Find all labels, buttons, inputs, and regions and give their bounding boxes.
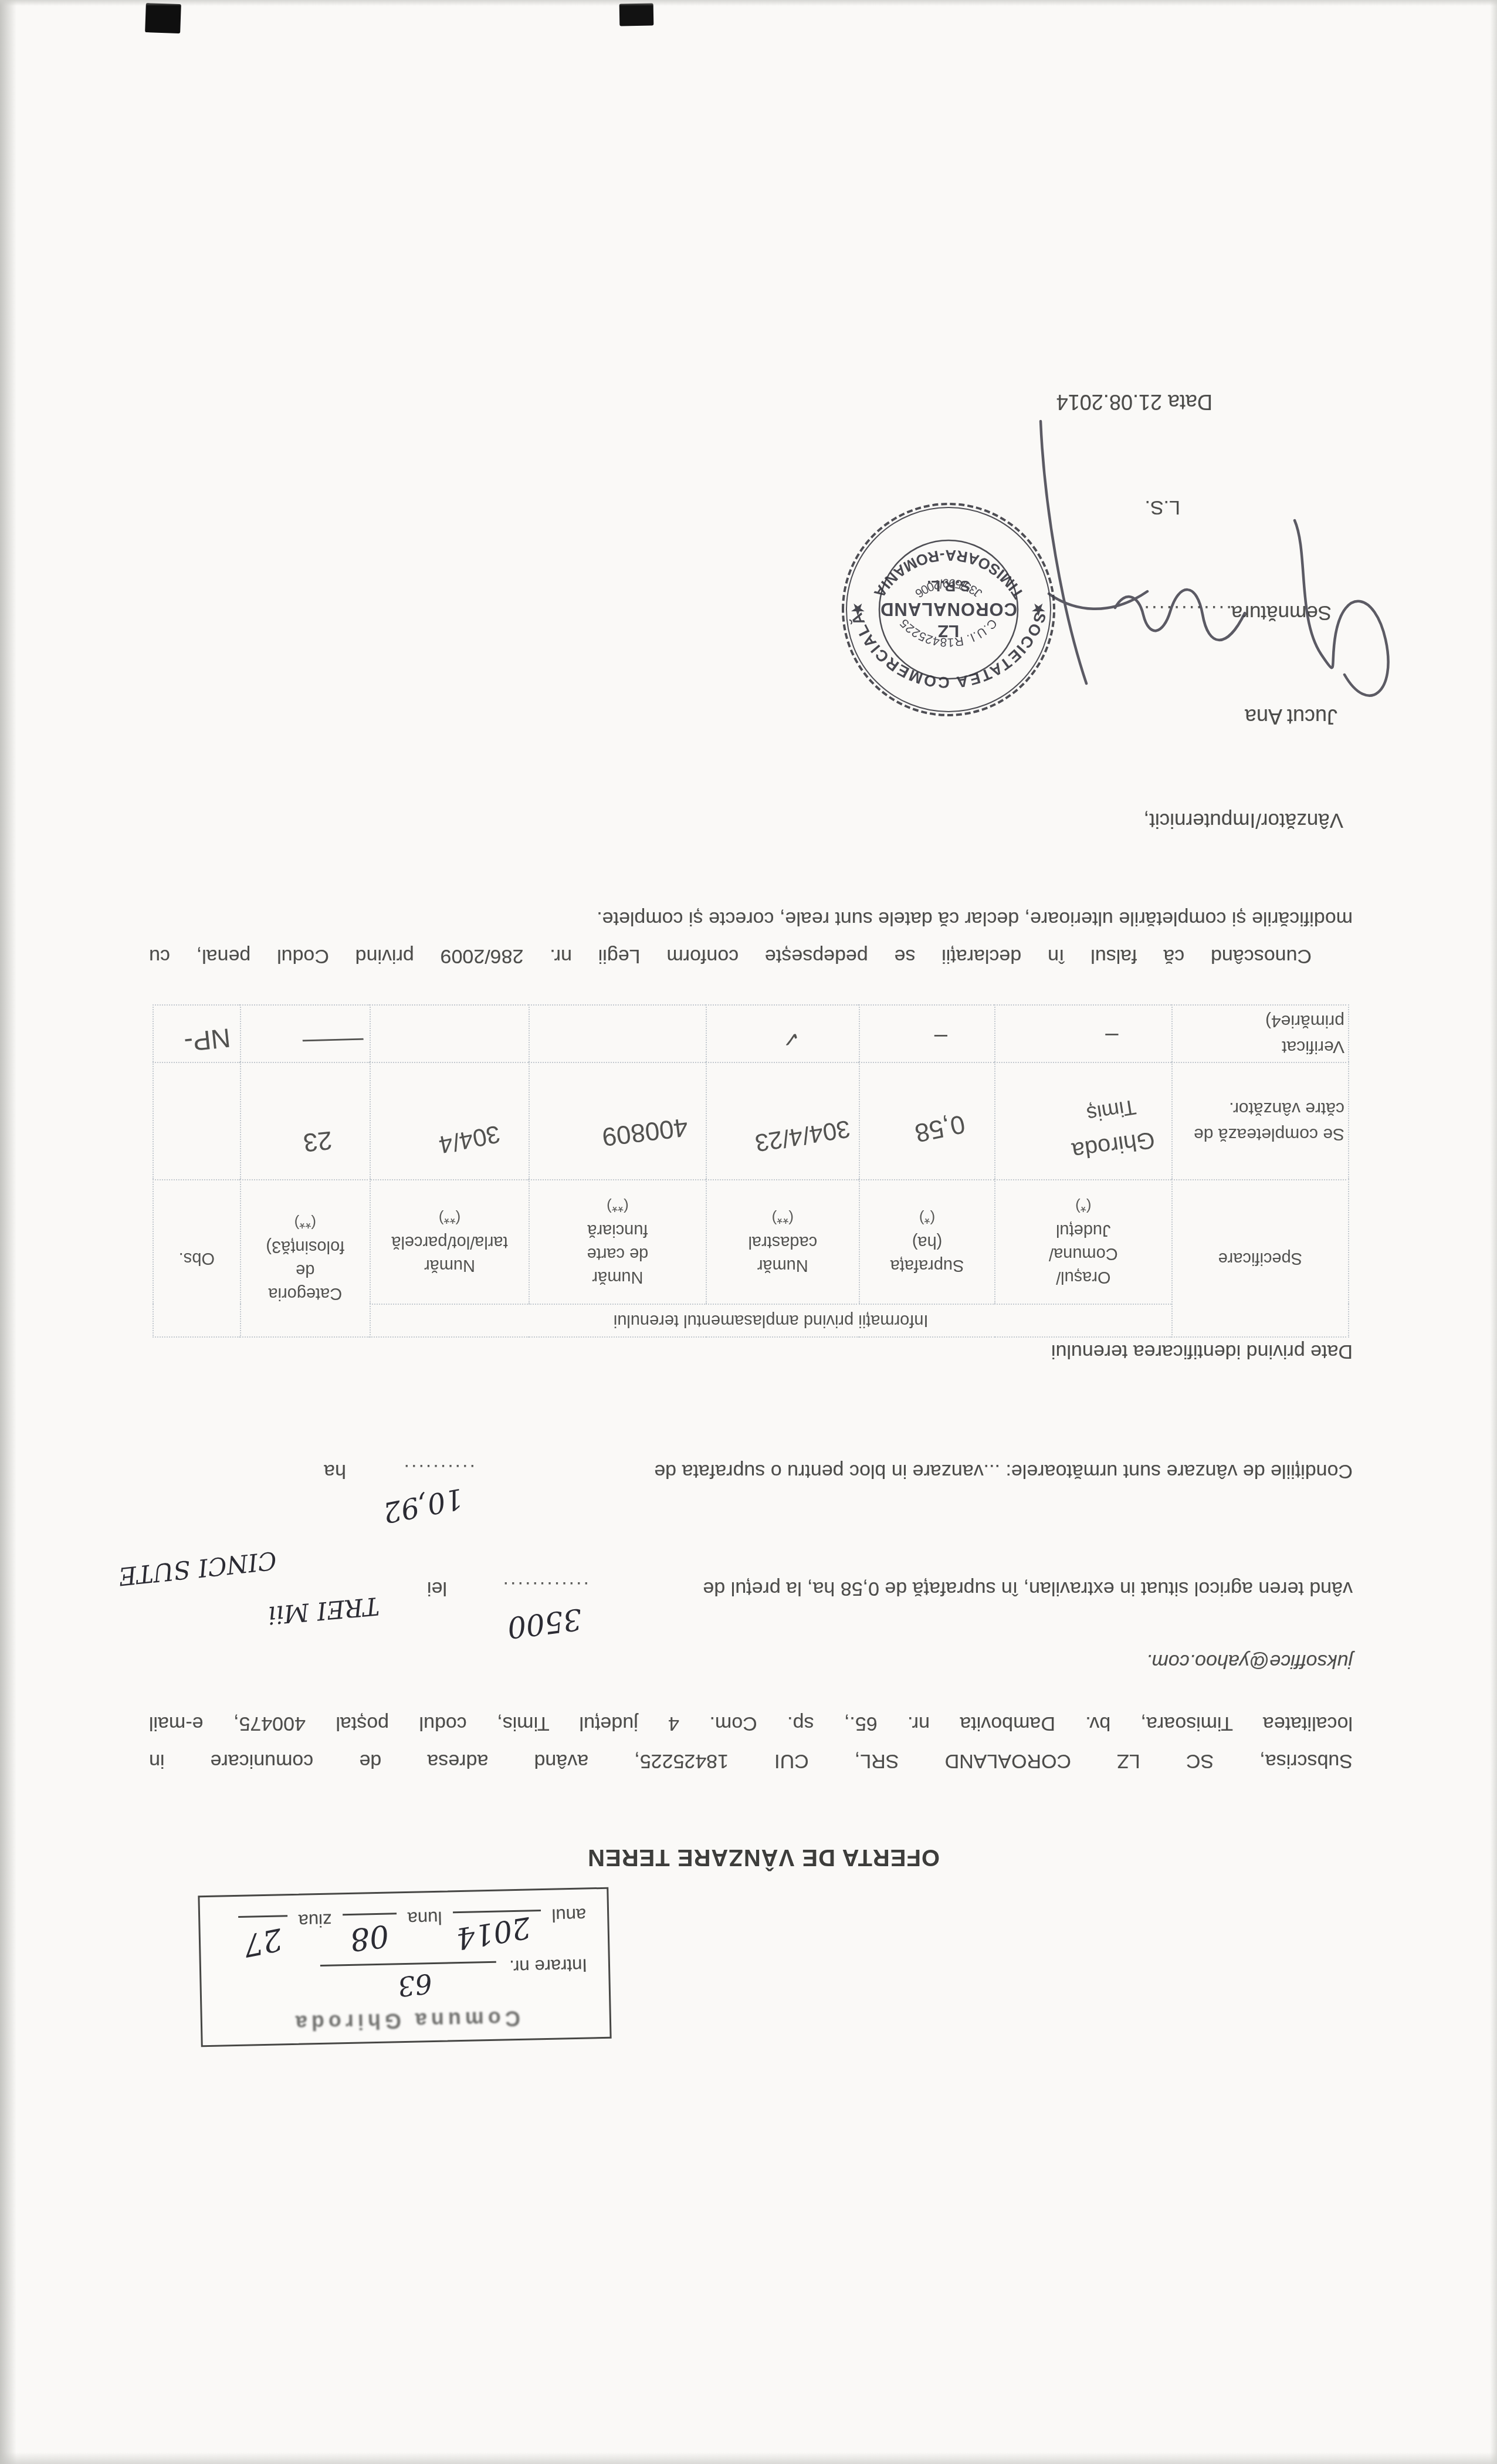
seller-label-line: Se completează de — [1176, 1121, 1344, 1147]
category-header-line: Categoria — [245, 1282, 366, 1305]
document-sheet-rotated-180: Comuna Ghiroda Intrare nr. 63 anul 2014 … — [0, 0, 1497, 2464]
obs-cell — [153, 1062, 241, 1180]
month-line: 08 — [343, 1913, 397, 1935]
verification-cadastral-cell: ✓ — [706, 1005, 859, 1062]
month-handwritten: 08 — [348, 1917, 391, 1957]
year-line: 2014 — [453, 1910, 541, 1933]
day-handwritten: 27 — [240, 1921, 285, 1963]
year-handwritten: 2014 — [454, 1910, 533, 1956]
col-header-line: (ha) — [863, 1230, 991, 1254]
stamp-center-srl: S.R.L. — [927, 577, 970, 595]
amount-in-words-line-1: TREI Mii — [267, 1592, 381, 1630]
plot-cell: 304/4 — [370, 1062, 529, 1180]
verification-dash-mark: — — [300, 1027, 366, 1055]
col-header-line: cadastral — [710, 1230, 855, 1254]
col-footnote: (*) — [999, 1195, 1167, 1219]
verification-plot-cell — [370, 1005, 529, 1062]
obs-header-cell: Obs. — [153, 1180, 241, 1337]
locality-handwritten: Ghiroda — [1070, 1126, 1156, 1163]
col-header-line: Suprafața — [863, 1254, 991, 1277]
sale-sentence: vând teren agricol situat in extravilan,… — [703, 1571, 1353, 1606]
declaration-line-2: modificările și completările ulterioare,… — [149, 901, 1353, 936]
area-unit: ha — [324, 1454, 346, 1489]
verification-mark: – — [934, 1024, 947, 1050]
price-handwritten: 3500 — [506, 1602, 584, 1644]
area-handwritten: 10,92 — [380, 1481, 466, 1529]
entry-number-label: Intrare nr. — [509, 1955, 587, 1977]
col-header-line: Orașul/ — [999, 1265, 1167, 1289]
verification-land-book-cell — [529, 1005, 706, 1062]
group-header-cell: Informații privind amplasamentul terenul… — [370, 1304, 1172, 1337]
area-dotted-leader: .......... — [402, 1454, 475, 1489]
entry-number-row: Intrare nr. 63 — [320, 1954, 587, 1986]
date-row: anul 2014 luna 08 ziua 27 — [238, 1904, 587, 1938]
col-header-plot: Număr tarla/lot/parcelă (**) — [370, 1180, 529, 1304]
conditions-sentence: Condițiile de vânzare sunt următoarele: … — [654, 1454, 1353, 1489]
category-header-cell: Categoria de folosință3) (**) — [241, 1180, 370, 1337]
verification-row-label: Verificat primărie4) — [1172, 1005, 1349, 1062]
locality-cell: Ghiroda Timiș — [995, 1062, 1171, 1180]
seller-row-label: Se completează de către vânzător. — [1172, 1062, 1349, 1180]
cadastral-value-handwritten: 304/4/23 — [753, 1115, 852, 1157]
category-cell: 23 — [241, 1062, 370, 1180]
verification-row: Verificat primărie4) – – ✓ — [153, 1005, 1349, 1062]
col-header-line: Număr — [533, 1265, 702, 1289]
verification-category-cell: — — [241, 1005, 370, 1062]
category-header-line: folosință3) — [245, 1235, 366, 1258]
spec-header-cell: Specificare — [1172, 1180, 1349, 1337]
year-label: anul — [551, 1905, 586, 1926]
col-footnote: (*) — [863, 1207, 991, 1230]
plot-value-handwritten: 304/4 — [436, 1119, 502, 1159]
stamp-center-lz: LZ — [938, 621, 960, 641]
np-handwritten: NP- — [182, 1022, 232, 1058]
table-group-header-row: Specificare Informații privind amplasame… — [153, 1304, 1349, 1337]
col-footnote: (**) — [710, 1207, 855, 1230]
seller-data-row: Se completează de către vânzător. Ghirod… — [153, 1062, 1349, 1180]
verification-locality-cell: – — [995, 1005, 1171, 1062]
verification-area-cell: – — [859, 1005, 995, 1062]
verification-obs-cell: NP- — [153, 1005, 241, 1062]
category-header-line: de — [245, 1258, 366, 1282]
col-header-cadastral: Număr cadastral (**) — [706, 1180, 859, 1304]
entry-number-line: 63 — [320, 1961, 497, 1986]
col-header-line: Județul — [999, 1219, 1167, 1242]
handwritten-signature — [981, 399, 1462, 751]
declaration-line-1: Cunoscând că falsul în declarații se ped… — [149, 939, 1353, 974]
verification-label-line: primărie4) — [1176, 1008, 1344, 1034]
col-header-line: Număr — [710, 1254, 855, 1277]
col-header-line: tarla/lot/parcelă — [374, 1230, 525, 1254]
col-header-line: Număr — [374, 1254, 525, 1277]
verification-check-mark: ✓ — [783, 1027, 800, 1051]
entry-number-handwritten: 63 — [396, 1968, 433, 2003]
amount-in-words-line-2: CINCI SUTE — [117, 1546, 278, 1591]
category-footnote: (**) — [245, 1211, 366, 1235]
price-dotted-leader: ............ — [502, 1571, 589, 1606]
month-label: luna — [407, 1908, 442, 1929]
area-value-handwritten: 0,58 — [912, 1109, 967, 1148]
registration-stamp-box: Comuna Ghiroda Intrare nr. 63 anul 2014 … — [198, 1887, 611, 2047]
land-book-cell: 400809 — [529, 1062, 706, 1180]
col-footnote: (**) — [374, 1207, 525, 1230]
category-value-handwritten: 23 — [302, 1125, 333, 1157]
cadastral-cell: 304/4/23 — [706, 1062, 859, 1180]
col-header-line: Comuna/ — [999, 1242, 1167, 1265]
intro-line-1: Subscrisa, SC LZ COROALAND SRL, CUI 1842… — [149, 1744, 1353, 1779]
seller-label-line: către vânzător. — [1176, 1095, 1344, 1121]
day-line: 27 — [238, 1915, 288, 1938]
land-identification-table: Specificare Informații privind amplasame… — [153, 1004, 1349, 1338]
receiving-authority-stamp-text: Comuna Ghiroda — [202, 2004, 610, 2037]
obs-header-label: Obs. — [157, 1247, 236, 1270]
area-cell: 0,58 — [859, 1062, 995, 1180]
seller-role-label: Vânzător/Imputernicit, — [1144, 808, 1343, 832]
verification-mark: – — [1105, 1023, 1118, 1049]
intro-line-2: localitatea Timisoara, bv. Dambovita nr.… — [149, 1706, 1353, 1741]
col-header-line: de carte — [533, 1242, 702, 1265]
day-label: ziua — [298, 1910, 332, 1931]
land-book-value-handwritten: 400809 — [600, 1112, 689, 1152]
verification-label-line: Verificat — [1176, 1034, 1344, 1060]
col-header-land-book: Număr de carte funciară (**) — [529, 1180, 706, 1304]
col-header-area: Suprafața (ha) (*) — [859, 1180, 995, 1304]
col-header-line: funciară — [533, 1219, 702, 1242]
spec-header-label: Specificare — [1176, 1247, 1344, 1270]
document-title: OFERTA DE VÂNZARE TEREN — [553, 1844, 940, 1870]
section-heading: Date privind identificarea terenului — [1051, 1334, 1353, 1369]
col-footnote: (**) — [533, 1195, 702, 1219]
county-handwritten: Timiș — [1085, 1095, 1137, 1127]
stamp-star-right: ★ — [851, 601, 865, 618]
col-header-locality: Orașul/ Comuna/ Județul (*) — [995, 1180, 1171, 1304]
scanned-document: Comuna Ghiroda Intrare nr. 63 anul 2014 … — [0, 0, 1497, 2464]
email-address: juksoffice@yahoo.com. — [1146, 1644, 1353, 1679]
currency-label: lei — [427, 1571, 447, 1606]
